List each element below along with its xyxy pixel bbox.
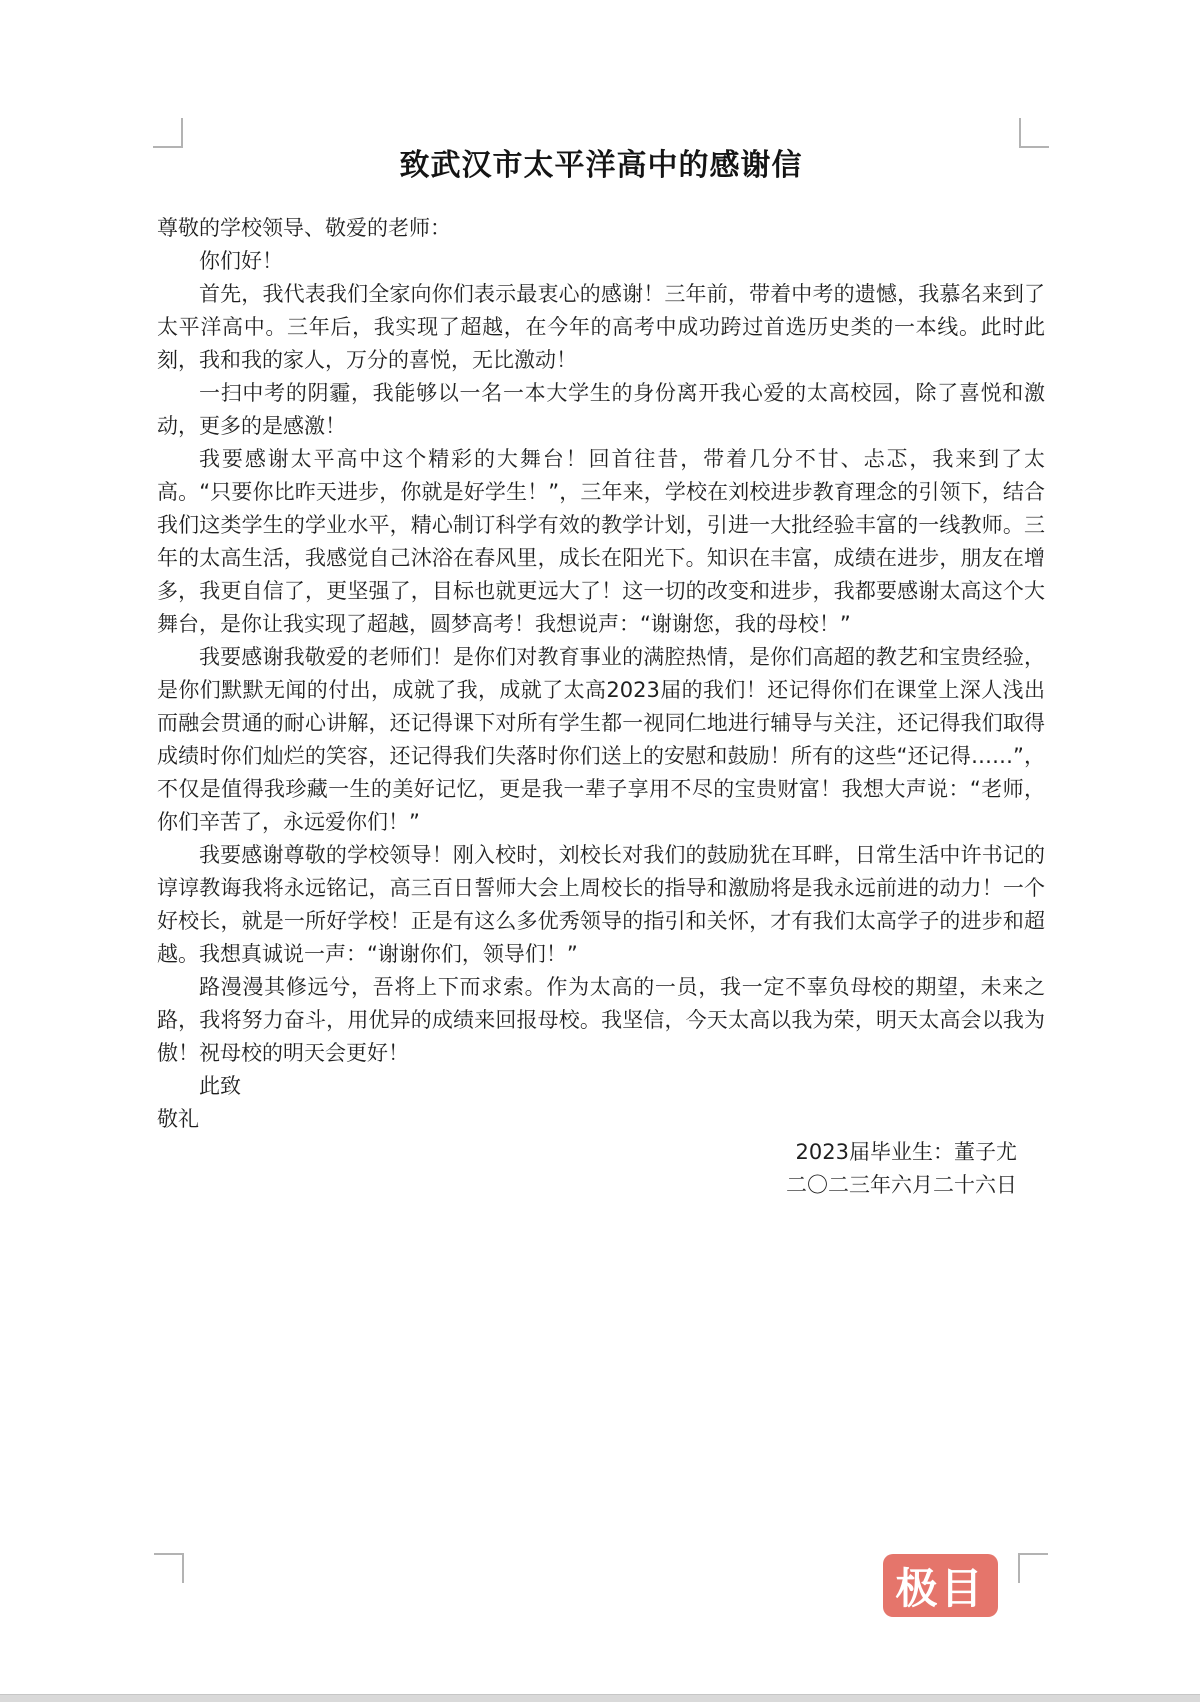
document-page: 致武汉市太平洋高中的感谢信 尊敬的学校领导、敬爱的老师： 你们好！ 首先，我代表… xyxy=(0,0,1200,1702)
crop-mark-bottom-left xyxy=(154,1553,184,1583)
letter-body: 致武汉市太平洋高中的感谢信 尊敬的学校领导、敬爱的老师： 你们好！ 首先，我代表… xyxy=(157,138,1045,1202)
closing-jingli: 敬礼 xyxy=(157,1103,1045,1136)
closing-zhici: 此致 xyxy=(157,1070,1045,1103)
date-line: 二〇二三年六月二十六日 xyxy=(157,1169,1045,1202)
letter-paragraph-greeting: 你们好！ xyxy=(157,245,1045,278)
jimu-watermark-badge: 极目 xyxy=(883,1554,998,1617)
letter-paragraph: 路漫漫其修远兮，吾将上下而求索。作为太高的一员，我一定不辜负母校的期望，未来之路… xyxy=(157,971,1045,1070)
bottom-edge-strip xyxy=(0,1694,1200,1702)
letter-title: 致武汉市太平洋高中的感谢信 xyxy=(157,144,1045,188)
letter-paragraph: 首先，我代表我们全家向你们表示最衷心的感谢！三年前，带着中考的遗憾，我慕名来到了… xyxy=(157,278,1045,377)
letter-salutation: 尊敬的学校领导、敬爱的老师： xyxy=(157,212,1045,245)
letter-paragraph: 我要感谢我敬爱的老师们！是你们对教育事业的满腔热情，是你们高超的教艺和宝贵经验，… xyxy=(157,641,1045,839)
letter-paragraph: 一扫中考的阴霾，我能够以一名一本大学生的身份离开我心爱的太高校园，除了喜悦和激动… xyxy=(157,377,1045,443)
jimu-watermark-text: 极目 xyxy=(895,1556,985,1616)
crop-mark-bottom-right xyxy=(1018,1553,1048,1583)
signature-line: 2023届毕业生：董子尤 xyxy=(157,1136,1045,1169)
letter-paragraph: 我要感谢尊敬的学校领导！刚入校时，刘校长对我们的鼓励犹在耳畔，日常生活中许书记的… xyxy=(157,839,1045,971)
letter-paragraph: 我要感谢太平高中这个精彩的大舞台！回首往昔，带着几分不甘、忐忑，我来到了太高。“… xyxy=(157,443,1045,641)
